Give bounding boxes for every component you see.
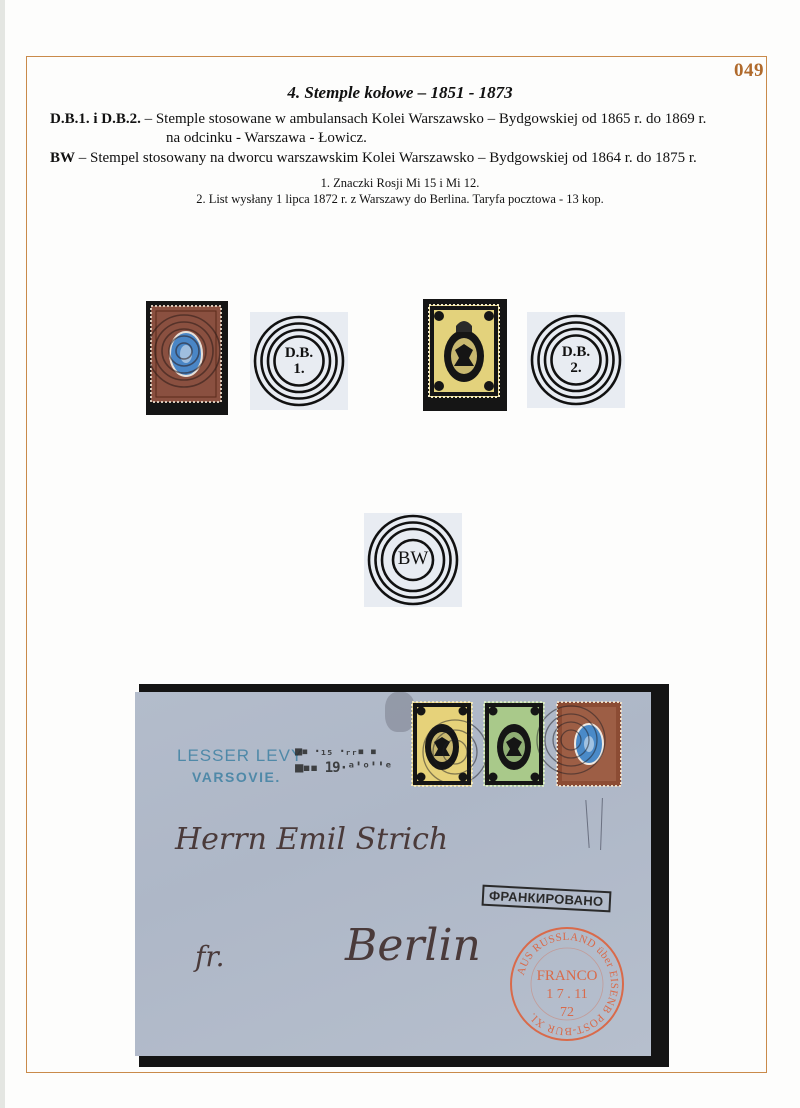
cover-stamp-3kop bbox=[484, 702, 544, 786]
postmark-db1-line2: 1. bbox=[250, 362, 348, 378]
stamp-mi15 bbox=[150, 305, 222, 403]
cover-envelope: LESSER LEVY VARSOVIE. ■▪ ·₁₅ ·ᵣᵣ▪ ▪ ■▪▪ … bbox=[135, 692, 651, 1056]
pencil-mark bbox=[585, 800, 589, 848]
db-label: D.B.1. i D.B.2. bbox=[50, 111, 141, 127]
postmark-db2: D.B. 2. bbox=[527, 312, 625, 408]
cover-stamps bbox=[411, 700, 626, 790]
stamp-mi12 bbox=[428, 304, 500, 398]
address-city: Berlin bbox=[345, 920, 481, 971]
sender-line-1: LESSER LEVY bbox=[177, 746, 303, 766]
note-2: 2. List wysłany 1 lipca 1872 r. z Warsza… bbox=[0, 192, 800, 207]
postmark-bw: BW bbox=[364, 513, 462, 607]
page-title: 4. Stemple kołowe – 1851 - 1873 bbox=[0, 83, 800, 103]
pencil-mark bbox=[600, 798, 603, 850]
bw-text: – Stempel stosowany na dworcu warszawski… bbox=[75, 150, 697, 166]
date-mark-line-1: ■▪ ·₁₅ ·ᵣᵣ▪ ▪ bbox=[295, 744, 376, 758]
postmark-db2-line1: D.B. bbox=[527, 345, 625, 361]
note-1: 1. Znaczki Rosji Mi 15 i Mi 12. bbox=[0, 176, 800, 191]
description-line-3: BW – Stempel stosowany na dworcu warszaw… bbox=[50, 150, 697, 167]
red-circular-postmark: AUS RUSSLAND über EISENB POST-BUR XI. FR… bbox=[507, 924, 627, 1044]
svg-text:1 7 . 11: 1 7 . 11 bbox=[546, 987, 587, 1002]
address-line-1: Herrn Emil Strich bbox=[175, 822, 448, 857]
postmark-db2-line2: 2. bbox=[527, 361, 625, 377]
sender-line-2: VARSOVIE. bbox=[192, 769, 281, 785]
date-mark-line-2: ■▪▪ 19·ᵃ'ᵒ''ᵉ bbox=[295, 760, 392, 776]
svg-text:72: 72 bbox=[560, 1005, 574, 1020]
bw-label: BW bbox=[50, 150, 75, 166]
description-line-2: na odcinku - Warszawa - Łowicz. bbox=[166, 130, 367, 147]
cover-stamp-1kop bbox=[412, 702, 472, 786]
page-number: 049 bbox=[734, 60, 764, 82]
description-line-1: D.B.1. i D.B.2. – Stemple stosowane w am… bbox=[50, 111, 706, 128]
postmark-db1-line1: D.B. bbox=[250, 346, 348, 362]
postmark-db1: D.B. 1. bbox=[250, 312, 348, 410]
db-text: – Stemple stosowane w ambulansach Kolei … bbox=[141, 111, 707, 127]
svg-text:FRANCO: FRANCO bbox=[537, 968, 598, 984]
address-prefix: fr. bbox=[195, 940, 225, 973]
franked-handstamp: ФРАНКИРОВАНО bbox=[482, 885, 611, 913]
postmark-bw-label: BW bbox=[364, 549, 462, 569]
scan-edge bbox=[0, 0, 5, 1108]
